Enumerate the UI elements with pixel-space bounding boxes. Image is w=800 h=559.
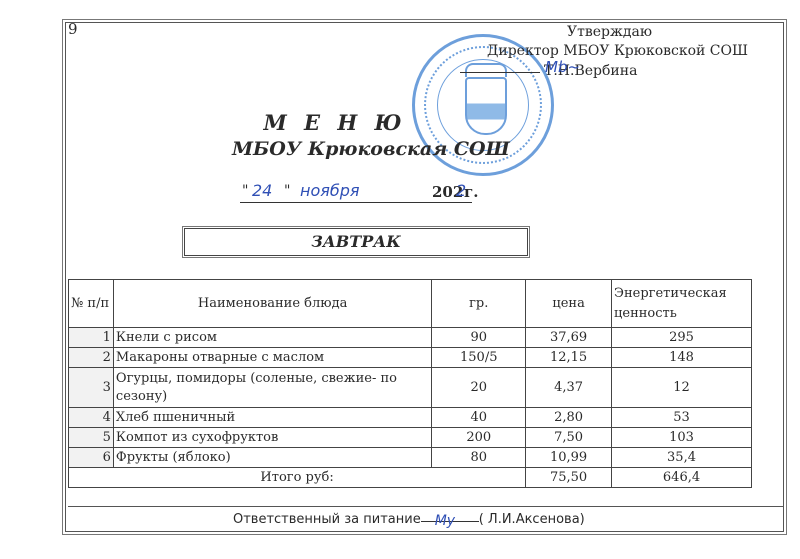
- row-grams: 80: [432, 448, 526, 468]
- total-price: 75,50: [526, 468, 612, 488]
- date-day: 24: [252, 181, 272, 200]
- row-grams: 40: [432, 408, 526, 428]
- row-price: 4,37: [526, 368, 612, 408]
- row-price: 37,69: [526, 328, 612, 348]
- header-num: № п/п: [69, 280, 114, 328]
- row-energy: 103: [612, 428, 752, 448]
- row-num: 3: [69, 368, 114, 408]
- row-energy: 295: [612, 328, 752, 348]
- document-title: М Е Н Ю: [250, 110, 420, 135]
- row-energy: 12: [612, 368, 752, 408]
- row-name: Огурцы, помидоры (соленые, свежие- по се…: [113, 368, 431, 408]
- table-row: 1 Кнели с рисом 90 37,69 295: [69, 328, 752, 348]
- date-year-end: г.: [464, 183, 478, 201]
- row-name: Макароны отварные с маслом: [113, 348, 431, 368]
- row-grams: 90: [432, 328, 526, 348]
- approval-position: Директор МБОУ Крюковской СОШ: [487, 43, 748, 59]
- page-number: 9: [68, 20, 78, 38]
- row-price: 12,15: [526, 348, 612, 368]
- header-name: Наименование блюда: [113, 280, 431, 328]
- row-energy: 35,4: [612, 448, 752, 468]
- row-grams: 150/5: [432, 348, 526, 368]
- row-energy: 148: [612, 348, 752, 368]
- date-close-quote: ": [284, 183, 290, 199]
- total-energy: 646,4: [612, 468, 752, 488]
- row-num: 6: [69, 448, 114, 468]
- row-energy: 53: [612, 408, 752, 428]
- stamp-emblem-icon: [465, 77, 507, 135]
- director-signature-mark-icon: Мb~: [545, 58, 580, 76]
- header-energy: Энергетическая ценность: [612, 280, 752, 328]
- menu-table: № п/п Наименование блюда гр. цена Энерге…: [68, 279, 752, 488]
- row-num: 4: [69, 408, 114, 428]
- footer-divider: [68, 506, 784, 507]
- header-price: цена: [526, 280, 612, 328]
- row-grams: 20: [432, 368, 526, 408]
- header-grams: гр.: [432, 280, 526, 328]
- row-name: Фрукты (яблоко): [113, 448, 431, 468]
- table-header-row: № п/п Наименование блюда гр. цена Энерге…: [69, 280, 752, 328]
- date-month: ноября: [300, 181, 360, 200]
- row-num: 2: [69, 348, 114, 368]
- responsible-signature-icon: Мy: [421, 521, 479, 522]
- date-line: " 24 " ноября 202 2 г.: [240, 183, 472, 203]
- row-name: Кнели с рисом: [113, 328, 431, 348]
- responsible-line: Ответственный за питаниеМy( Л.И.Аксенова…: [233, 512, 585, 527]
- row-price: 7,50: [526, 428, 612, 448]
- row-num: 1: [69, 328, 114, 348]
- row-grams: 200: [432, 428, 526, 448]
- meal-heading: ЗАВТРАК: [184, 228, 528, 256]
- table-total-row: Итого руб: 75,50 646,4: [69, 468, 752, 488]
- table-row: 6 Фрукты (яблоко) 80 10,99 35,4: [69, 448, 752, 468]
- table-row: 4 Хлеб пшеничный 40 2,80 53: [69, 408, 752, 428]
- date-open-quote: ": [242, 183, 248, 199]
- approval-heading: Утверждаю: [567, 24, 652, 40]
- total-label: Итого руб:: [69, 468, 526, 488]
- row-price: 10,99: [526, 448, 612, 468]
- responsible-name: ( Л.И.Аксенова): [479, 512, 585, 527]
- table-row: 3 Огурцы, помидоры (соленые, свежие- по …: [69, 368, 752, 408]
- row-num: 5: [69, 428, 114, 448]
- responsible-label: Ответственный за питание: [233, 512, 421, 527]
- director-signature-icon: [460, 72, 540, 73]
- school-name: МБОУ Крюковская СОШ: [232, 138, 510, 160]
- table-row: 5 Компот из сухофруктов 200 7,50 103: [69, 428, 752, 448]
- table-row: 2 Макароны отварные с маслом 150/5 12,15…: [69, 348, 752, 368]
- row-name: Хлеб пшеничный: [113, 408, 431, 428]
- row-price: 2,80: [526, 408, 612, 428]
- row-name: Компот из сухофруктов: [113, 428, 431, 448]
